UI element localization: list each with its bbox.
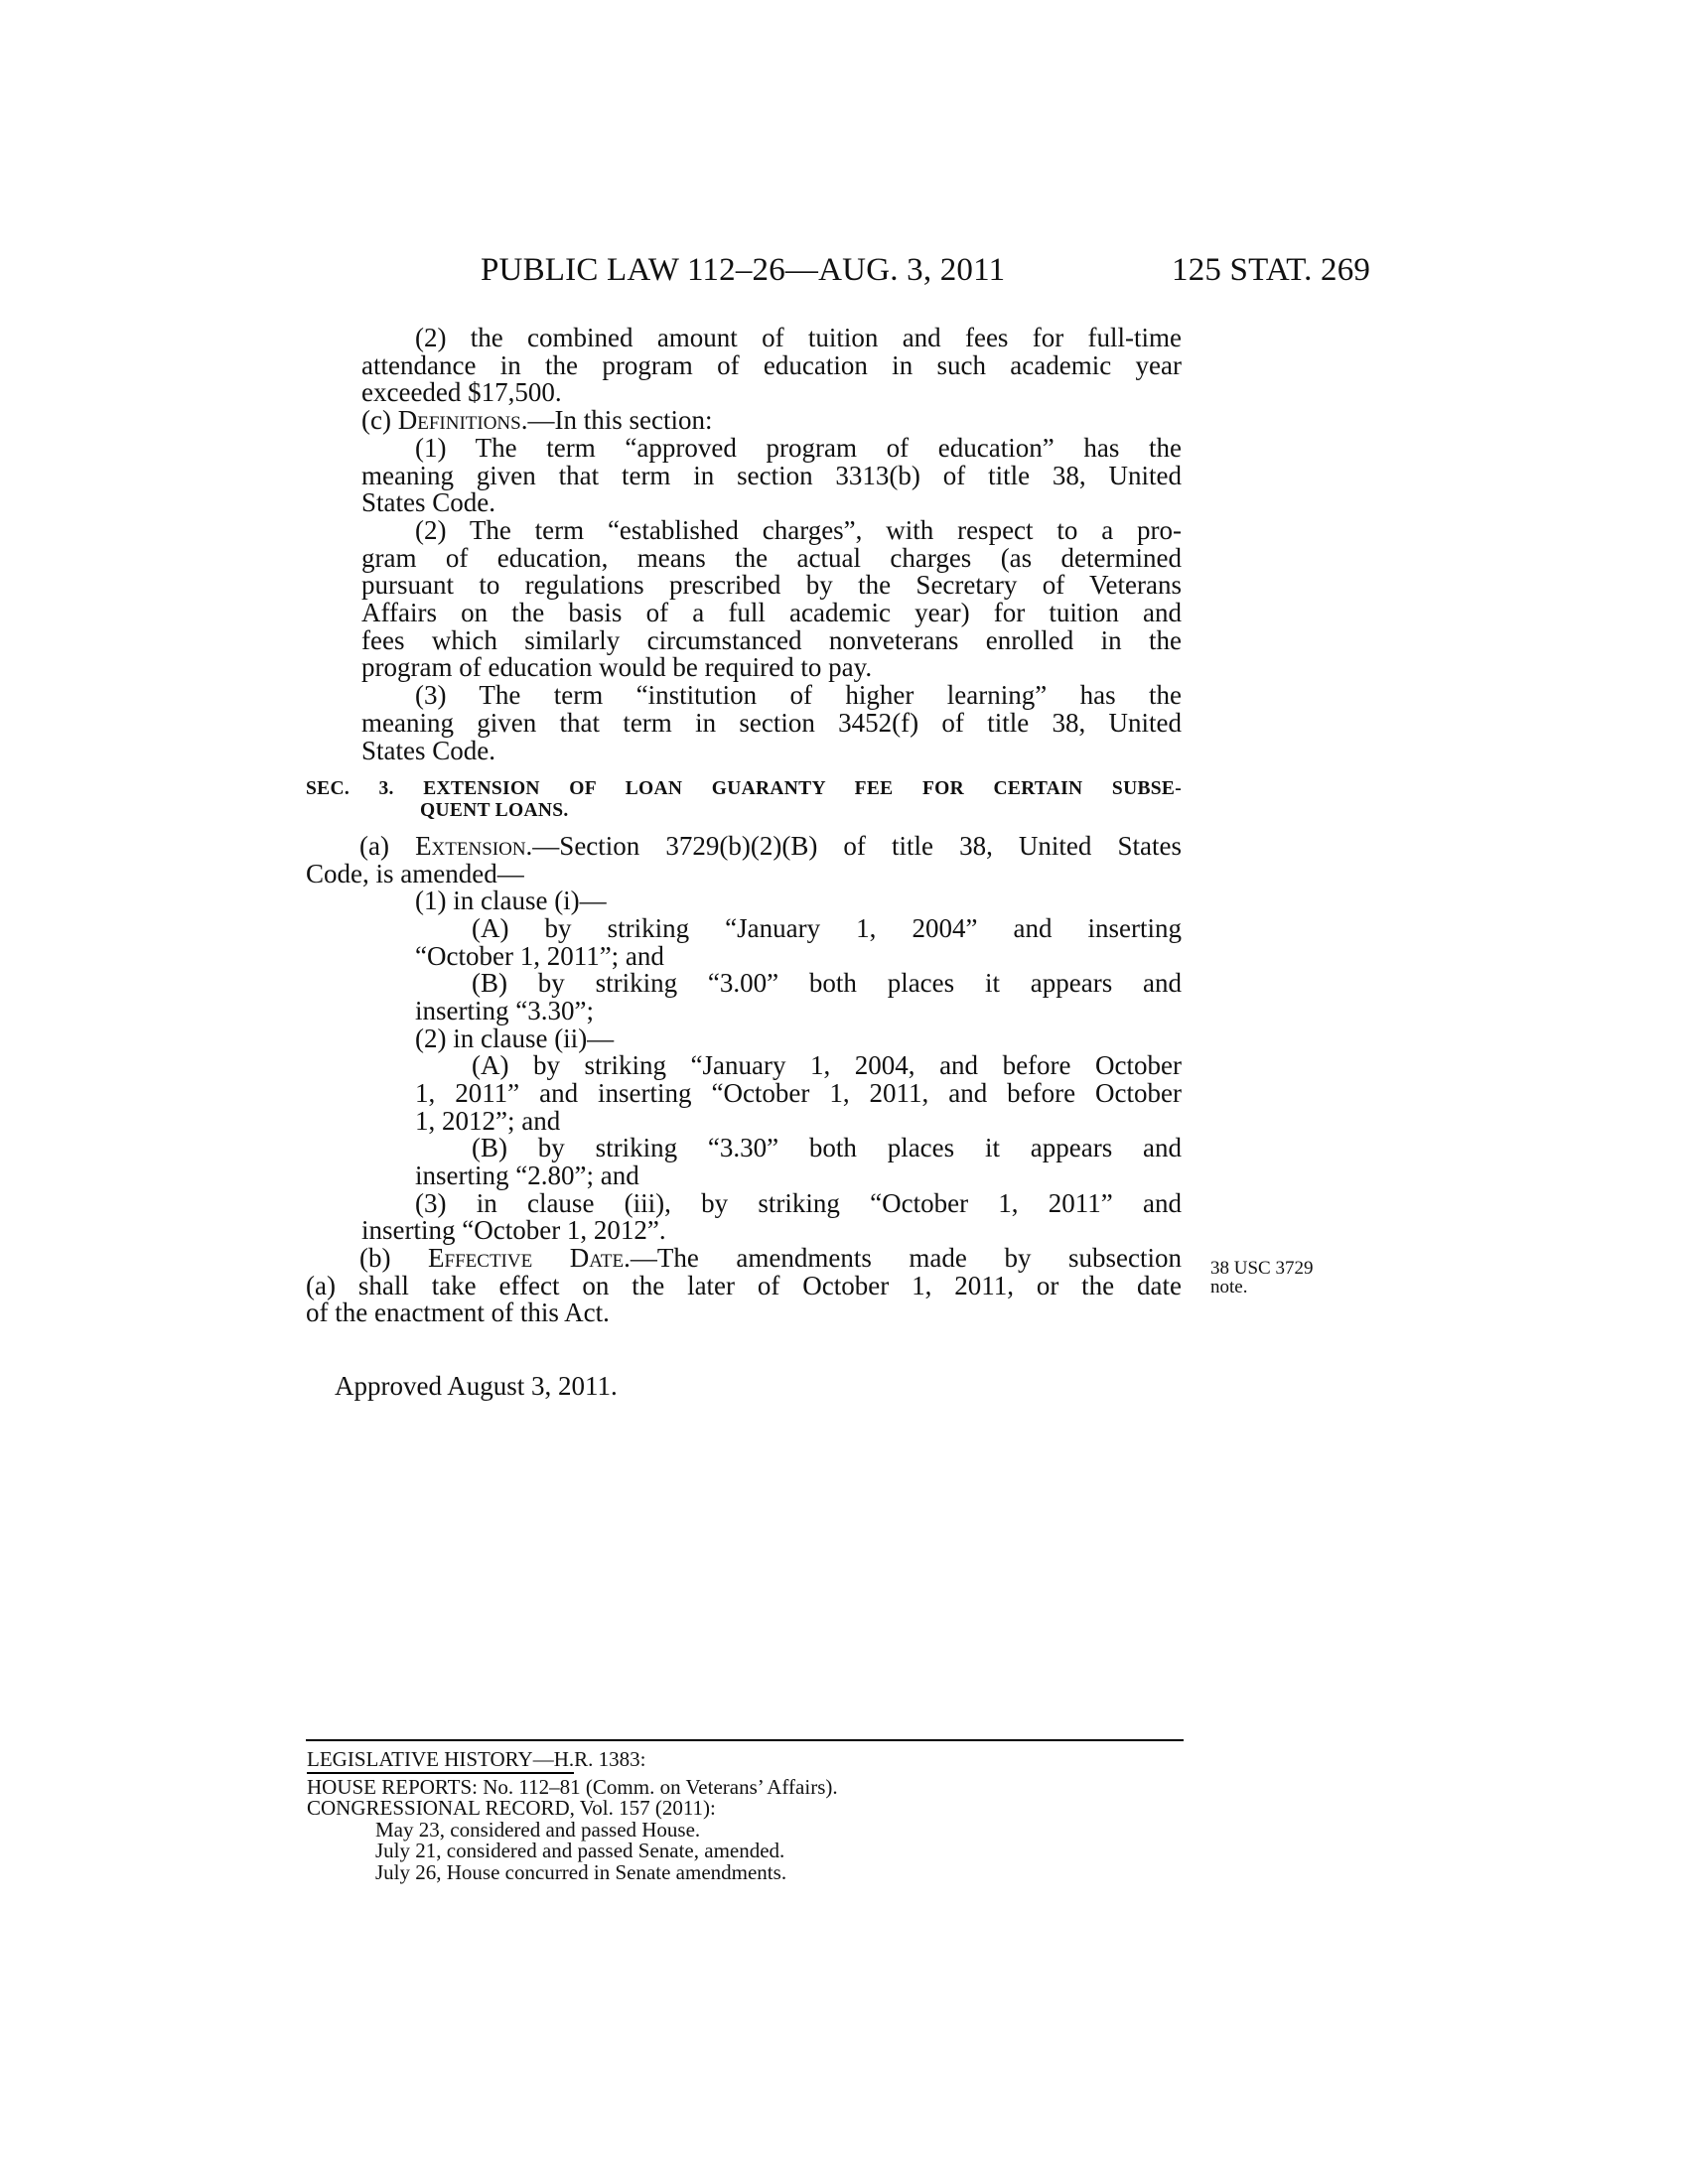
clause-2-B: inserting “2.80”; and (415, 1161, 639, 1189)
clause-2: (2) in clause (ii)— (415, 1024, 614, 1052)
record-item: July 21, considered and passed Senate, a… (375, 1841, 784, 1862)
legislative-history-underline (307, 1772, 574, 1774)
definition-1: States Code. (361, 488, 495, 516)
body-line: exceeded $17,500. (361, 378, 562, 406)
record-item: July 26, House concurred in Senate amend… (375, 1862, 786, 1884)
legislative-history-title: LEGISLATIVE HISTORY—H.R. 1383: (307, 1749, 645, 1771)
footer-rule (306, 1739, 1184, 1741)
definition-2: (2) The term “established charges”, with… (415, 516, 1182, 544)
body-line: (2) the combined amount of tuition and f… (415, 324, 1182, 351)
clause-1-B: inserting “3.30”; (415, 997, 594, 1024)
clause-2-B: (B) by striking “3.30” both places it ap… (472, 1134, 1182, 1161)
clause-3: (3) in clause (iii), by striking “Octobe… (415, 1189, 1182, 1217)
section-3-heading-cont: QUENT LOANS. (420, 800, 569, 822)
clause-1: (1) in clause (i)— (415, 887, 607, 914)
document-page: PUBLIC LAW 112–26—AUG. 3, 2011 125 STAT.… (0, 0, 1688, 2184)
subsection-a-heading: (a) Extension.—Section 3729(b)(2)(B) of … (359, 832, 1182, 860)
clause-2-A: 1, 2011” and inserting “October 1, 2011,… (415, 1079, 1182, 1107)
section-3-heading: SEC. 3. EXTENSION OF LOAN GUARANTY FEE F… (306, 778, 1182, 800)
running-header-law: PUBLIC LAW 112–26—AUG. 3, 2011 (481, 252, 1005, 288)
running-header-stat-page: 125 STAT. 269 (1172, 252, 1370, 288)
subsection-c-heading: (c) Definitions.—In this section: (361, 406, 712, 434)
clause-1-B: (B) by striking “3.00” both places it ap… (472, 969, 1182, 997)
clause-1-A: (A) by striking “January 1, 2004” and in… (472, 914, 1182, 942)
subsection-b-line: (a) shall take effect on the later of Oc… (306, 1272, 1182, 1299)
clause-3: inserting “October 1, 2012”. (361, 1216, 666, 1244)
margin-note-usc: 38 USC 3729 (1210, 1259, 1313, 1278)
subsection-b-line: of the enactment of this Act. (306, 1298, 610, 1326)
approval-date: Approved August 3, 2011. (335, 1372, 618, 1400)
subsection-b-heading: (b) Effective Date.—The amendments made … (359, 1244, 1182, 1272)
margin-note-note: note. (1210, 1278, 1247, 1297)
definition-2: pursuant to regulations prescribed by th… (361, 571, 1182, 599)
definition-3: (3) The term “institution of higher lear… (415, 681, 1182, 709)
definition-3: States Code. (361, 737, 495, 764)
definition-2: fees which similarly circumstanced nonve… (361, 626, 1182, 654)
definition-1: meaning given that term in section 3313(… (361, 462, 1182, 489)
clause-1-A: “October 1, 2011”; and (415, 942, 664, 970)
definition-1: (1) The term “approved program of educat… (415, 434, 1182, 462)
definition-3: meaning given that term in section 3452(… (361, 709, 1182, 737)
clause-2-A: 1, 2012”; and (415, 1107, 560, 1135)
definition-2: gram of education, means the actual char… (361, 544, 1182, 572)
congressional-record: CONGRESSIONAL RECORD, Vol. 157 (2011): (307, 1798, 716, 1820)
body-line: attendance in the program of education i… (361, 351, 1182, 379)
subsection-a-line: Code, is amended— (306, 860, 524, 887)
clause-2-A: (A) by striking “January 1, 2004, and be… (472, 1051, 1182, 1079)
definition-2: program of education would be required t… (361, 653, 872, 681)
definition-2: Affairs on the basis of a full academic … (361, 599, 1182, 626)
